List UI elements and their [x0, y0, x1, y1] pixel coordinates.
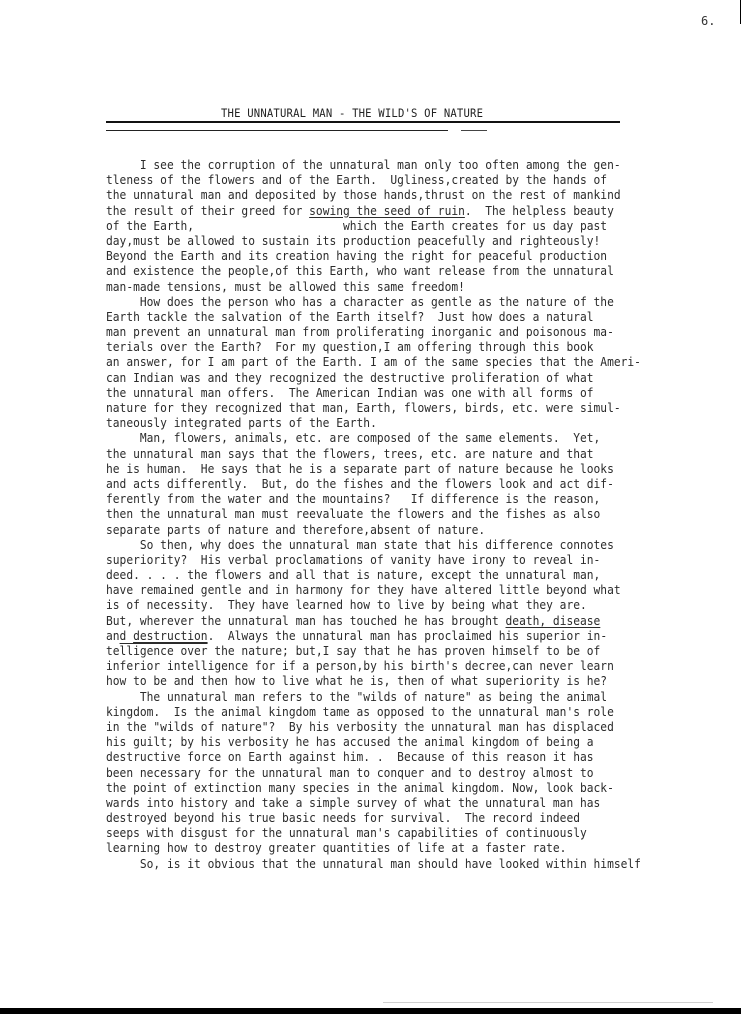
text-line: inferior intelligence for if a person,by…: [106, 659, 627, 674]
text-line: kingdom. Is the animal kingdom tame as o…: [106, 705, 627, 720]
underlined-phrase: death, disease: [506, 614, 601, 628]
text-line: taneously integrated parts of the Earth.: [106, 416, 627, 431]
chapter-title: THE UNNATURAL MAN - THE WILD'S OF NATURE: [221, 106, 483, 120]
text-line: an answer, for I am part of the Earth. I…: [106, 355, 627, 370]
text-line: But, wherever the unnatural man has touc…: [106, 614, 627, 629]
title-rule-thick: [106, 121, 620, 123]
text-line: The unnatural man refers to the "wilds o…: [106, 690, 627, 705]
text-line: terials over the Earth? For my question,…: [106, 340, 627, 355]
underlined-phrase: destruction: [133, 629, 207, 643]
page-number: 6.: [701, 14, 715, 28]
text-line: Earth tackle the salvation of the Earth …: [106, 310, 627, 325]
text-line: and destruction. Always the unnatural ma…: [106, 629, 627, 644]
text-line: nature for they recognized that man, Ear…: [106, 401, 627, 416]
text-line: man prevent an unnatural man from prolif…: [106, 325, 627, 340]
text-line: I see the corruption of the unnatural ma…: [106, 158, 627, 173]
scan-bottom-line: [383, 1002, 713, 1003]
text-line: then the unnatural man must reevaluate t…: [106, 507, 627, 522]
text-line: day,must be allowed to sustain its produ…: [106, 234, 627, 249]
text-line: the point of extinction many species in …: [106, 781, 627, 796]
text-line: is of necessity. They have learned how t…: [106, 598, 627, 613]
text-line: the unnatural man and deposited by those…: [106, 188, 627, 203]
text-line: in the "wilds of nature"? By his verbosi…: [106, 720, 627, 735]
scan-bottom-edge: [0, 1008, 741, 1014]
text-line: learning how to destroy greater quantiti…: [106, 841, 627, 856]
text-line: destructive force on Earth against him. …: [106, 750, 627, 765]
text-line: can Indian was and they recognized the d…: [106, 371, 627, 386]
text-line: how to be and then how to live what he i…: [106, 674, 627, 689]
text-line: telligence over the nature; but,I say th…: [106, 644, 627, 659]
text-line: deed. . . . the flowers and all that is …: [106, 568, 627, 583]
body-text: I see the corruption of the unnatural ma…: [106, 158, 666, 872]
text-line: Man, flowers, animals, etc. are composed…: [106, 431, 627, 446]
text-line: been necessary for the unnatural man to …: [106, 766, 627, 781]
text-line: ferently from the water and the mountain…: [106, 492, 627, 507]
text-line: superiority? His verbal proclamations of…: [106, 553, 627, 568]
text-line: the unnatural man says that the flowers,…: [106, 447, 627, 462]
text-line: destroyed beyond his true basic needs fo…: [106, 811, 627, 826]
text-line: of the Earth, which the Earth creates fo…: [106, 219, 627, 234]
text-line: separate parts of nature and therefore,a…: [106, 523, 627, 538]
text-line: How does the person who has a character …: [106, 295, 627, 310]
title-rule-thin-segment: [461, 130, 487, 131]
text-line: and acts differently. But, do the fishes…: [106, 477, 627, 492]
text-line: wards into history and take a simple sur…: [106, 796, 627, 811]
underlined-phrase: sowing the seed of ruin: [309, 204, 465, 218]
text-line: So, is it obvious that the unnatural man…: [106, 857, 627, 872]
text-line: have remained gentle and in harmony for …: [106, 583, 627, 598]
text-line: So then, why does the unnatural man stat…: [106, 538, 627, 553]
text-line: tleness of the flowers and of the Earth.…: [106, 173, 627, 188]
text-line: the unnatural man offers. The American I…: [106, 386, 627, 401]
text-line: the result of their greed for sowing the…: [106, 204, 627, 219]
text-line: he is human. He says that he is a separa…: [106, 462, 627, 477]
text-line: his guilt; by his verbosity he has accus…: [106, 735, 627, 750]
title-rule-thin: [106, 130, 448, 131]
text-line: and existence the people,of this Earth, …: [106, 264, 627, 279]
overlined-phrase: lligence over: [120, 644, 208, 658]
text-line: Beyond the Earth and its creation having…: [106, 249, 627, 264]
text-line: man-made tensions, must be allowed this …: [106, 280, 627, 295]
text-line: seeps with disgust for the unnatural man…: [106, 826, 627, 841]
